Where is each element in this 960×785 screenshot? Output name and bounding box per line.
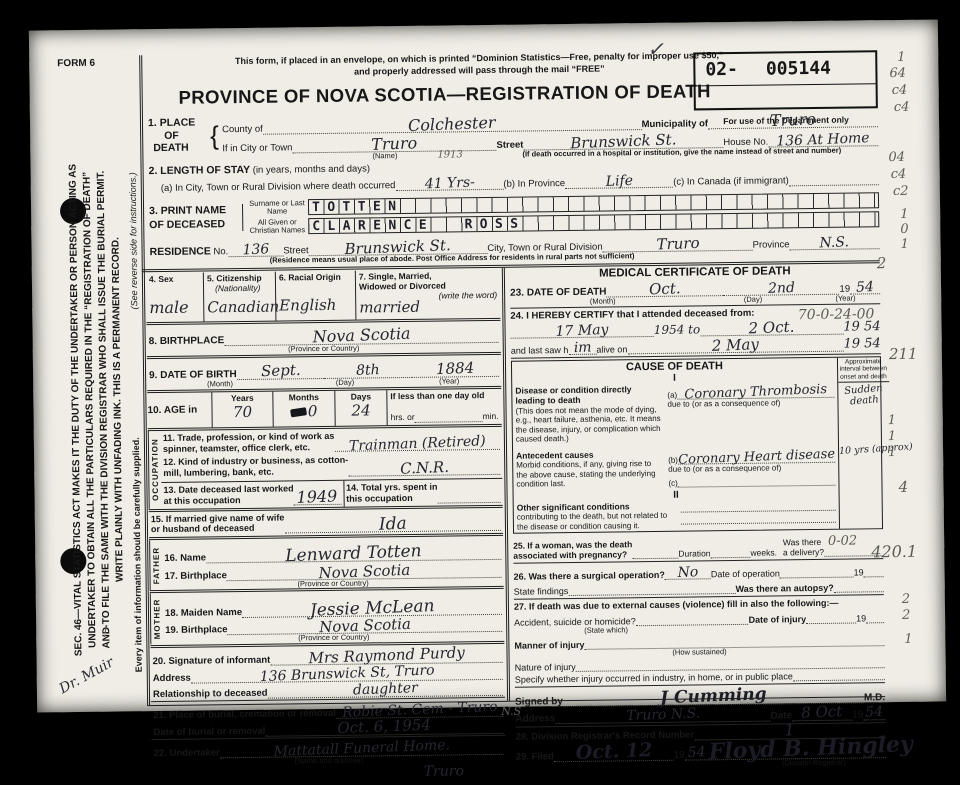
margin-note: 1 [900,237,908,252]
spouse-field: Ida [284,515,501,534]
margin-note: c4 [891,167,907,182]
pregnancy-pencil-note: 0-02 [828,534,857,549]
signed-address-handwritten: Truro N.S. [626,706,700,723]
surname-value-handwritten: TOTTEN [312,199,404,215]
stay-b-field: Life [565,173,673,189]
cause-b-field: Coronary Heart disease [678,450,835,465]
residence-province-label: Province [753,239,790,250]
registrar-signature-field: Floyd B. Hingley [708,737,886,752]
other-conditions-field2 [681,511,836,525]
racial-origin-value-handwritten: English [279,296,352,314]
interval-header: Approximate interval between onset and d… [838,357,889,382]
last-saw-label1: and last saw h [511,345,569,356]
disease-note: (This does not mean the mode of dying, e… [515,404,663,444]
sex-value-handwritten: male [149,298,200,317]
attended-to-field: 2 Oct. [700,320,843,337]
county-value-handwritten: Colchester [408,114,496,133]
margin-note: 1 [888,413,896,428]
age-less-label: If less than one day old [390,391,498,402]
father-name-label: 16. Name [164,553,206,565]
industry-line: 12. Kind of industry or business, as cot… [161,450,502,479]
operation-field: No [665,566,711,581]
age-min-label: min. [483,412,499,422]
total-years-field [437,492,500,503]
autopsy-field [834,592,884,594]
municipality-field: Truro [708,111,878,130]
dob-year-field: 1884 [411,361,499,378]
mother-birthplace-handwritten: Nova Scotia [319,617,411,636]
dod-day-handwritten: 2nd [768,280,795,295]
signed-block: N.S Signed by J Cumming M.D. Address Tru… [515,684,885,728]
sex-citizenship-row: 4. Sex male 5. Citizenship (Nationality)… [146,269,501,325]
dob-year-handwritten: 1884 [436,360,475,376]
informant-address-label: Address [153,672,191,683]
signed-date-handwritten: 8 Oct [801,704,843,721]
trade-field: Trainman (Retired) [334,436,500,452]
county-label: County of [222,124,263,135]
dod-day-field: 2nd [723,280,840,296]
duration-label: Duration [678,549,710,559]
signed-19: 19 [852,709,863,720]
given-names-label: All Given or Christian Names [246,218,308,235]
operation-19: 19 [853,568,863,578]
sex-label: 4. Sex [149,275,200,285]
racial-origin-label: 6. Racial Origin [279,273,352,284]
margin-note: c4 [892,83,908,98]
injury-date-label: Date of injury [749,615,807,626]
registrar-block: 28. Division Registrar's Record Number 1… [515,723,886,752]
father-vertical-label: FATHER [149,540,163,590]
occupation-block: OCCUPATION 11. Trade, profession, or kin… [148,427,503,512]
margin-note: 1 [900,207,908,222]
last-saw-year-handwritten: 19 54 [843,336,880,351]
checkmark-annotation: ✓ [647,37,664,61]
cause-a-field: Coronary Thrombosis [677,385,834,400]
age-row: 10. AGE in Years 70 Months 0 Days 24 If … [147,389,501,431]
sidebar-reverse-note: (See reverse side for instructions.) [128,172,140,309]
margin-note: c2 [893,184,909,199]
occupation-vertical-label: OCCUPATION [148,431,162,509]
burial-date-handwritten: Oct. 6, 1954 [337,718,431,737]
nature-label: Nature of injury [515,662,576,673]
residence-street-field: Brunswick St. [309,238,488,256]
informant-relationship-handwritten: daughter [353,681,418,697]
doctor-name-annotation: Dr. Muir [57,655,117,698]
cause-c-line: (c) [668,472,835,488]
antecedent-note: Morbid conditions, if any, giving rise t… [516,459,664,490]
undertaker-field: Mattatall Funeral Home. [220,740,504,752]
pregnancy-block: 0-02 25. If a woman, was the deathassoci… [513,530,883,565]
spouse-line: 15. If married give name of wifeor husba… [149,507,503,540]
mother-block: MOTHER 18. Maiden Name Jessie McLean 19.… [150,589,505,648]
statute-sidebar-text: SEC. 46—VITAL STATISTICS ACT MAKES IT TH… [66,159,128,660]
months-strikeout-blot [290,407,307,417]
him-field: im [568,341,596,355]
signed-date-field: 8 Oct [792,704,852,721]
filed-year-field: 54 [684,746,708,752]
mother-birthplace-label: 19. Birthplace [165,625,227,637]
street-label: Street [496,140,523,151]
cause-of-death-box: CAUSE OF DEATH I Disease or condition di… [511,356,883,534]
industry-label: 12. Kind of industry or business, as cot… [163,455,348,467]
residence-province-handwritten: N.S. [820,235,850,250]
injury-year-field [866,623,884,624]
death-certificate-scan: FORM 6 SEC. 46—VITAL STATISTICS ACT MAKE… [29,19,946,712]
operation-date-label: Date of operation [711,569,780,580]
residence-city-field: Truro [602,235,752,252]
burial-date-field: Oct. 6, 1954 [265,718,503,736]
specify-label: Specify whether injury occurred in indus… [515,671,793,684]
last-saw-label2: alive on [596,345,627,355]
undertaker-value-handwritten: Mattatall Funeral Home. [273,738,450,752]
trade-label2: spinner, teamster, office clerk, etc. [163,442,310,454]
dob-month-field: Sept. [237,363,325,380]
burial-place-label: 21. Place of burial, cremation or remova… [153,708,336,721]
residence-no-field: 136 [228,242,283,257]
industry-field: C.N.R. [348,460,500,477]
date-of-birth-line: 9. DATE OF BIRTH Sept. 8th 1884 [147,355,501,381]
him-handwritten: im [573,341,591,356]
birthplace-line: 8. BIRTHPLACE Nova Scotia [146,320,500,346]
operation-label: 26. Was there a surgical operation? [514,570,665,582]
residence-street-handwritten: Brunswick St. [345,238,452,257]
residence-no-handwritten: 136 [242,242,269,257]
section3-label: 3. PRINT NAME OF DECEASED [149,204,243,232]
weeks-label: weeks. [750,548,777,558]
father-name-line: 16. Name Lenward Totten [162,536,503,564]
ns-pencil-note: N.S [501,704,521,717]
marital-value-handwritten: married [359,298,497,317]
name-caption: (Name) [372,152,397,161]
father-birthplace-label: 17. Birthplace [164,570,226,582]
filed-year-handwritten: 54 [687,746,705,752]
operation-block: 26. Was there a surgical operation? No D… [513,560,883,601]
age-years-handwritten: 70 [215,403,269,421]
stay-a-field: 41 Yrs- [395,175,503,191]
stay-b-label: (b) In Province [503,178,565,190]
registration-prefix: 02- [705,59,738,80]
specify-field [793,679,885,681]
signed-year-field: 54 [863,705,885,720]
burial-date-label: Date of burial or removal [153,725,265,737]
attended-to-handwritten: 2 Oct. [749,320,795,337]
cause-c-label: (c) [668,479,677,488]
left-column: 4. Sex male 5. Citizenship (Nationality)… [146,269,506,752]
residence-province-field: N.S. [789,235,879,251]
margin-note: 2 [902,608,910,623]
interval-a-handwritten: Sudden death [837,382,890,408]
stay-b-value-handwritten: Life [605,173,633,188]
margin-note: 1 [897,50,905,65]
municipality-label: Municipality of [641,118,708,130]
margin-note: 1 [904,632,912,647]
margin-note: 0 [900,222,908,237]
last-worked-line: 13. Date deceased last workedat this occ… [161,481,343,509]
section2-label: 2. LENGTH OF STAY [149,164,251,177]
findings-field [568,593,735,596]
dob-day-handwritten: 8th [356,363,380,378]
last-worked-handwritten: 1949 [297,488,338,506]
md-label: M.D. [864,692,885,703]
age-hrs-field [415,421,483,423]
margin-note: 211 [889,345,918,363]
father-block: FATHER 16. Name Lenward Totten 17. Birth… [149,536,504,594]
interval-b-handwritten: 10 yrs (approx) [838,442,890,456]
margin-note: 64 [889,66,906,81]
attended-from-field: 17 May [511,323,654,339]
residence-label: RESIDENCE [150,245,211,258]
informant-relationship-field: daughter [267,681,503,698]
surname-label: Surname or Last Name [246,199,308,216]
margin-note: 2 [902,592,910,607]
age-label: 10. AGE in [147,392,211,428]
birthplace-label: 8. BIRTHPLACE [149,335,225,347]
disease-label: Disease or condition directly leading to… [515,384,663,406]
spouse-value-handwritten: Ida [379,516,407,534]
margin-note: 420.1 [871,542,917,562]
section-print-name: 3. PRINT NAME OF DECEASED Surname or Las… [149,192,880,266]
last-worked-field: 1949 [294,488,342,505]
municipality-value-handwritten: Truro [770,111,816,129]
undertaker-line: 22. Undertaker Mattatall Funeral Home. [154,737,504,752]
citizenship-value-handwritten: Canadian [207,298,272,316]
margin-note: 2 [877,254,887,272]
margin-note: 1 [888,445,896,460]
stay-c-label: (c) In Canada (if immigrant) [673,175,789,187]
birthplace-field: Nova Scotia [224,325,499,345]
cause-b-line: (b) Coronary Heart disease [668,447,835,465]
exclamation-annotation: ! [102,622,109,641]
attended-mid-handwritten: 1954 to [654,323,701,338]
industry-value-handwritten: C.N.R. [400,460,449,477]
duration-field [711,557,751,558]
margin-note: c4 [894,100,910,115]
cause-b-label: (b) [668,456,678,465]
margin-note: 1 [888,429,896,444]
age-days-handwritten: 24 [338,402,383,420]
margin-note: 4 [898,478,908,496]
stay-a-label: (a) In City, Town or Rural Division wher… [161,180,396,194]
dob-month-handwritten: Sept. [260,363,300,380]
informant-label: 20. Signature of informant [153,654,271,666]
brace: { [210,116,223,164]
dod-month-handwritten: Oct. [649,281,681,297]
pregnancy-field [632,558,678,560]
page-title: PROVINCE OF NOVA SCOTIA—REGISTRATION OF … [160,80,730,109]
age-hrs-label: hrs. or [391,413,415,423]
external-causes-block: 27. If death was due to external causes … [514,596,885,689]
citizenship-sublabel: (Nationality) [207,283,272,294]
stay-c-field [789,175,879,187]
given-names-value-handwritten: CLARENCE ROSS [312,216,525,234]
city-label: If in City or Town [222,142,292,154]
last-saw-date-field: 2 May [627,337,843,355]
residence-city-handwritten: Truro [656,235,700,252]
undertaker-label: 22. Undertaker [154,747,220,752]
certify-block: 70-0-24-00 24. I HEREBY CERTIFY that I a… [510,304,881,359]
residence-no-label: No. [213,246,228,257]
registration-number: 005144 [766,58,831,80]
last-saw-date-handwritten: 2 May [712,337,760,354]
dob-day-field: 8th [324,363,412,379]
margin-note: 04 [888,150,905,165]
dod-year-handwritten: 54 [856,280,874,295]
physician-signature-handwritten: J Cumming [660,686,767,707]
cause-a-line: (a) Coronary Thrombosis [667,382,834,400]
dod-year-field: 54 [850,280,880,295]
city-pencil-note: 1913 [437,149,463,160]
mother-name-label: 18. Maiden Name [165,607,242,619]
registration-number-box: 02- 005144 [693,50,878,110]
industry-label2: mill, lumbering, bank, etc. [163,467,274,478]
age-months-handwritten: 0 [276,403,331,421]
stay-a-value-handwritten: 41 Yrs- [424,175,475,191]
informant-relationship-label: Relationship to deceased [153,687,268,699]
section2-sublabel: (in years, months and days) [253,163,370,175]
interval-column: Approximate interval between onset and d… [837,357,891,529]
signed-address-field: Truro N.S. [555,706,770,724]
autopsy-label: Was there an autopsy? [735,583,833,594]
father-birthplace-handwritten: Nova Scotia [318,562,410,581]
injury-19: 19 [856,614,866,624]
signed-by-label: Signed by [515,696,563,708]
birthplace-value-handwritten: Nova Scotia [312,325,410,345]
filed-date-handwritten: Oct. 12 [575,741,652,752]
informant-block: 20. Signature of informant Mrs Raymond P… [150,644,505,702]
section1-label: 1. PLACE OF DEATH [148,116,211,165]
other-conditions-note: contributing to the death, but not relat… [517,511,677,532]
cause-a-label: (a) [667,391,677,400]
filed-date-field: Oct. 12 [554,742,674,752]
sidebar-supplied-note: Every item of information should be care… [131,437,144,672]
city-value-handwritten: Truro [371,135,417,153]
manner-label: Manner of injury [514,639,584,650]
total-years-line: 14. Total yrs. spent inthis occupation [343,479,503,507]
dod-month-field: Oct. [606,281,723,298]
mother-vertical-label: MOTHER [150,593,164,644]
mother-name-line: 18. Maiden Name Jessie McLean [163,589,504,619]
findings-label: State findings [514,586,569,597]
form-number: FORM 6 [57,58,95,69]
attended-from-handwritten: 17 May [555,323,608,339]
signed-year-handwritten: 54 [865,705,883,720]
informant-field: Mrs Raymond Purdy [270,647,502,665]
operation-value-handwritten: No [677,566,698,581]
trade-line: 11. Trade, profession, or kind of work a… [161,427,502,455]
right-column: MEDICAL CERTIFICATE OF DEATH 23. DATE OF… [510,264,886,752]
